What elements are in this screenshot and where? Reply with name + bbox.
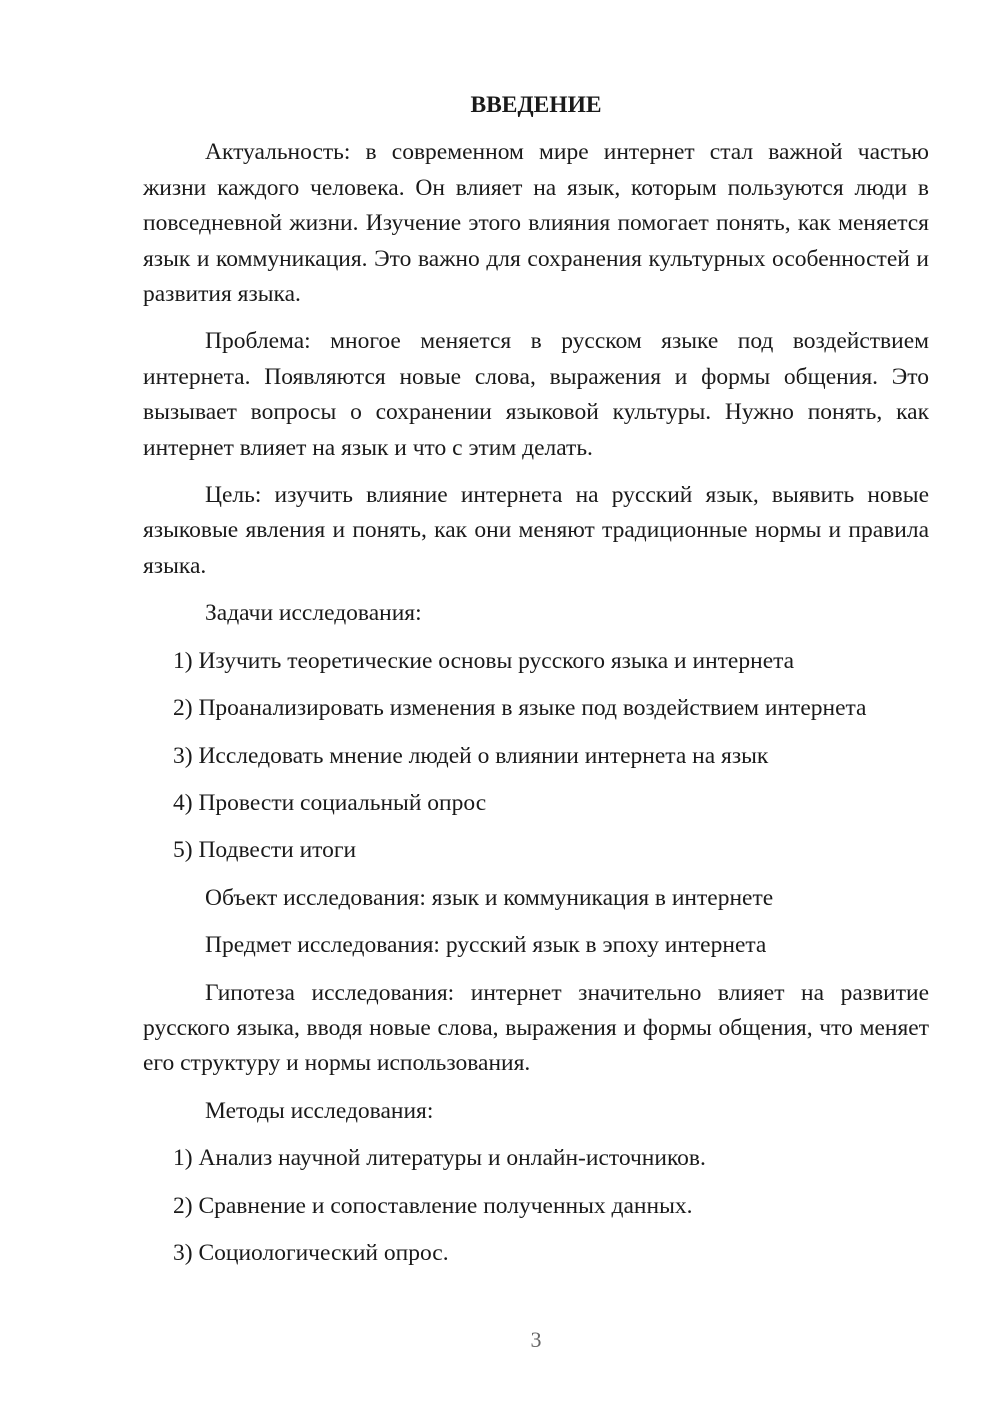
task-item-5: 5) Подвести итоги [143,833,929,868]
methods-heading: Методы исследования: [143,1094,929,1129]
method-item-3: 3) Социологический опрос. [143,1236,929,1271]
paragraph-relevance: Актуальность: в современном мире интерне… [143,135,929,312]
tasks-heading: Задачи исследования: [143,596,929,631]
task-item-4: 4) Провести социальный опрос [143,786,929,821]
paragraph-hypothesis: Гипотеза исследования: интернет значител… [143,976,929,1082]
task-item-2: 2) Проанализировать изменения в языке по… [143,691,929,726]
paragraph-goal: Цель: изучить влияние интернета на русск… [143,478,929,584]
task-item-1: 1) Изучить теоретические основы русского… [143,644,929,679]
method-item-1: 1) Анализ научной литературы и онлайн-ис… [143,1141,929,1176]
page-content: ВВЕДЕНИЕ Актуальность: в современном мир… [0,0,1000,1271]
page-number: 3 [143,1324,929,1356]
subject-line: Предмет исследования: русский язык в эпо… [143,928,929,963]
document-page: ВВЕДЕНИЕ Актуальность: в современном мир… [0,0,1000,1414]
page-title: ВВЕДЕНИЕ [143,88,929,123]
object-line: Объект исследования: язык и коммуникация… [143,881,929,916]
method-item-2: 2) Сравнение и сопоставление полученных … [143,1189,929,1224]
paragraph-problem: Проблема: многое меняется в русском язык… [143,324,929,466]
task-item-3: 3) Исследовать мнение людей о влиянии ин… [143,739,929,774]
